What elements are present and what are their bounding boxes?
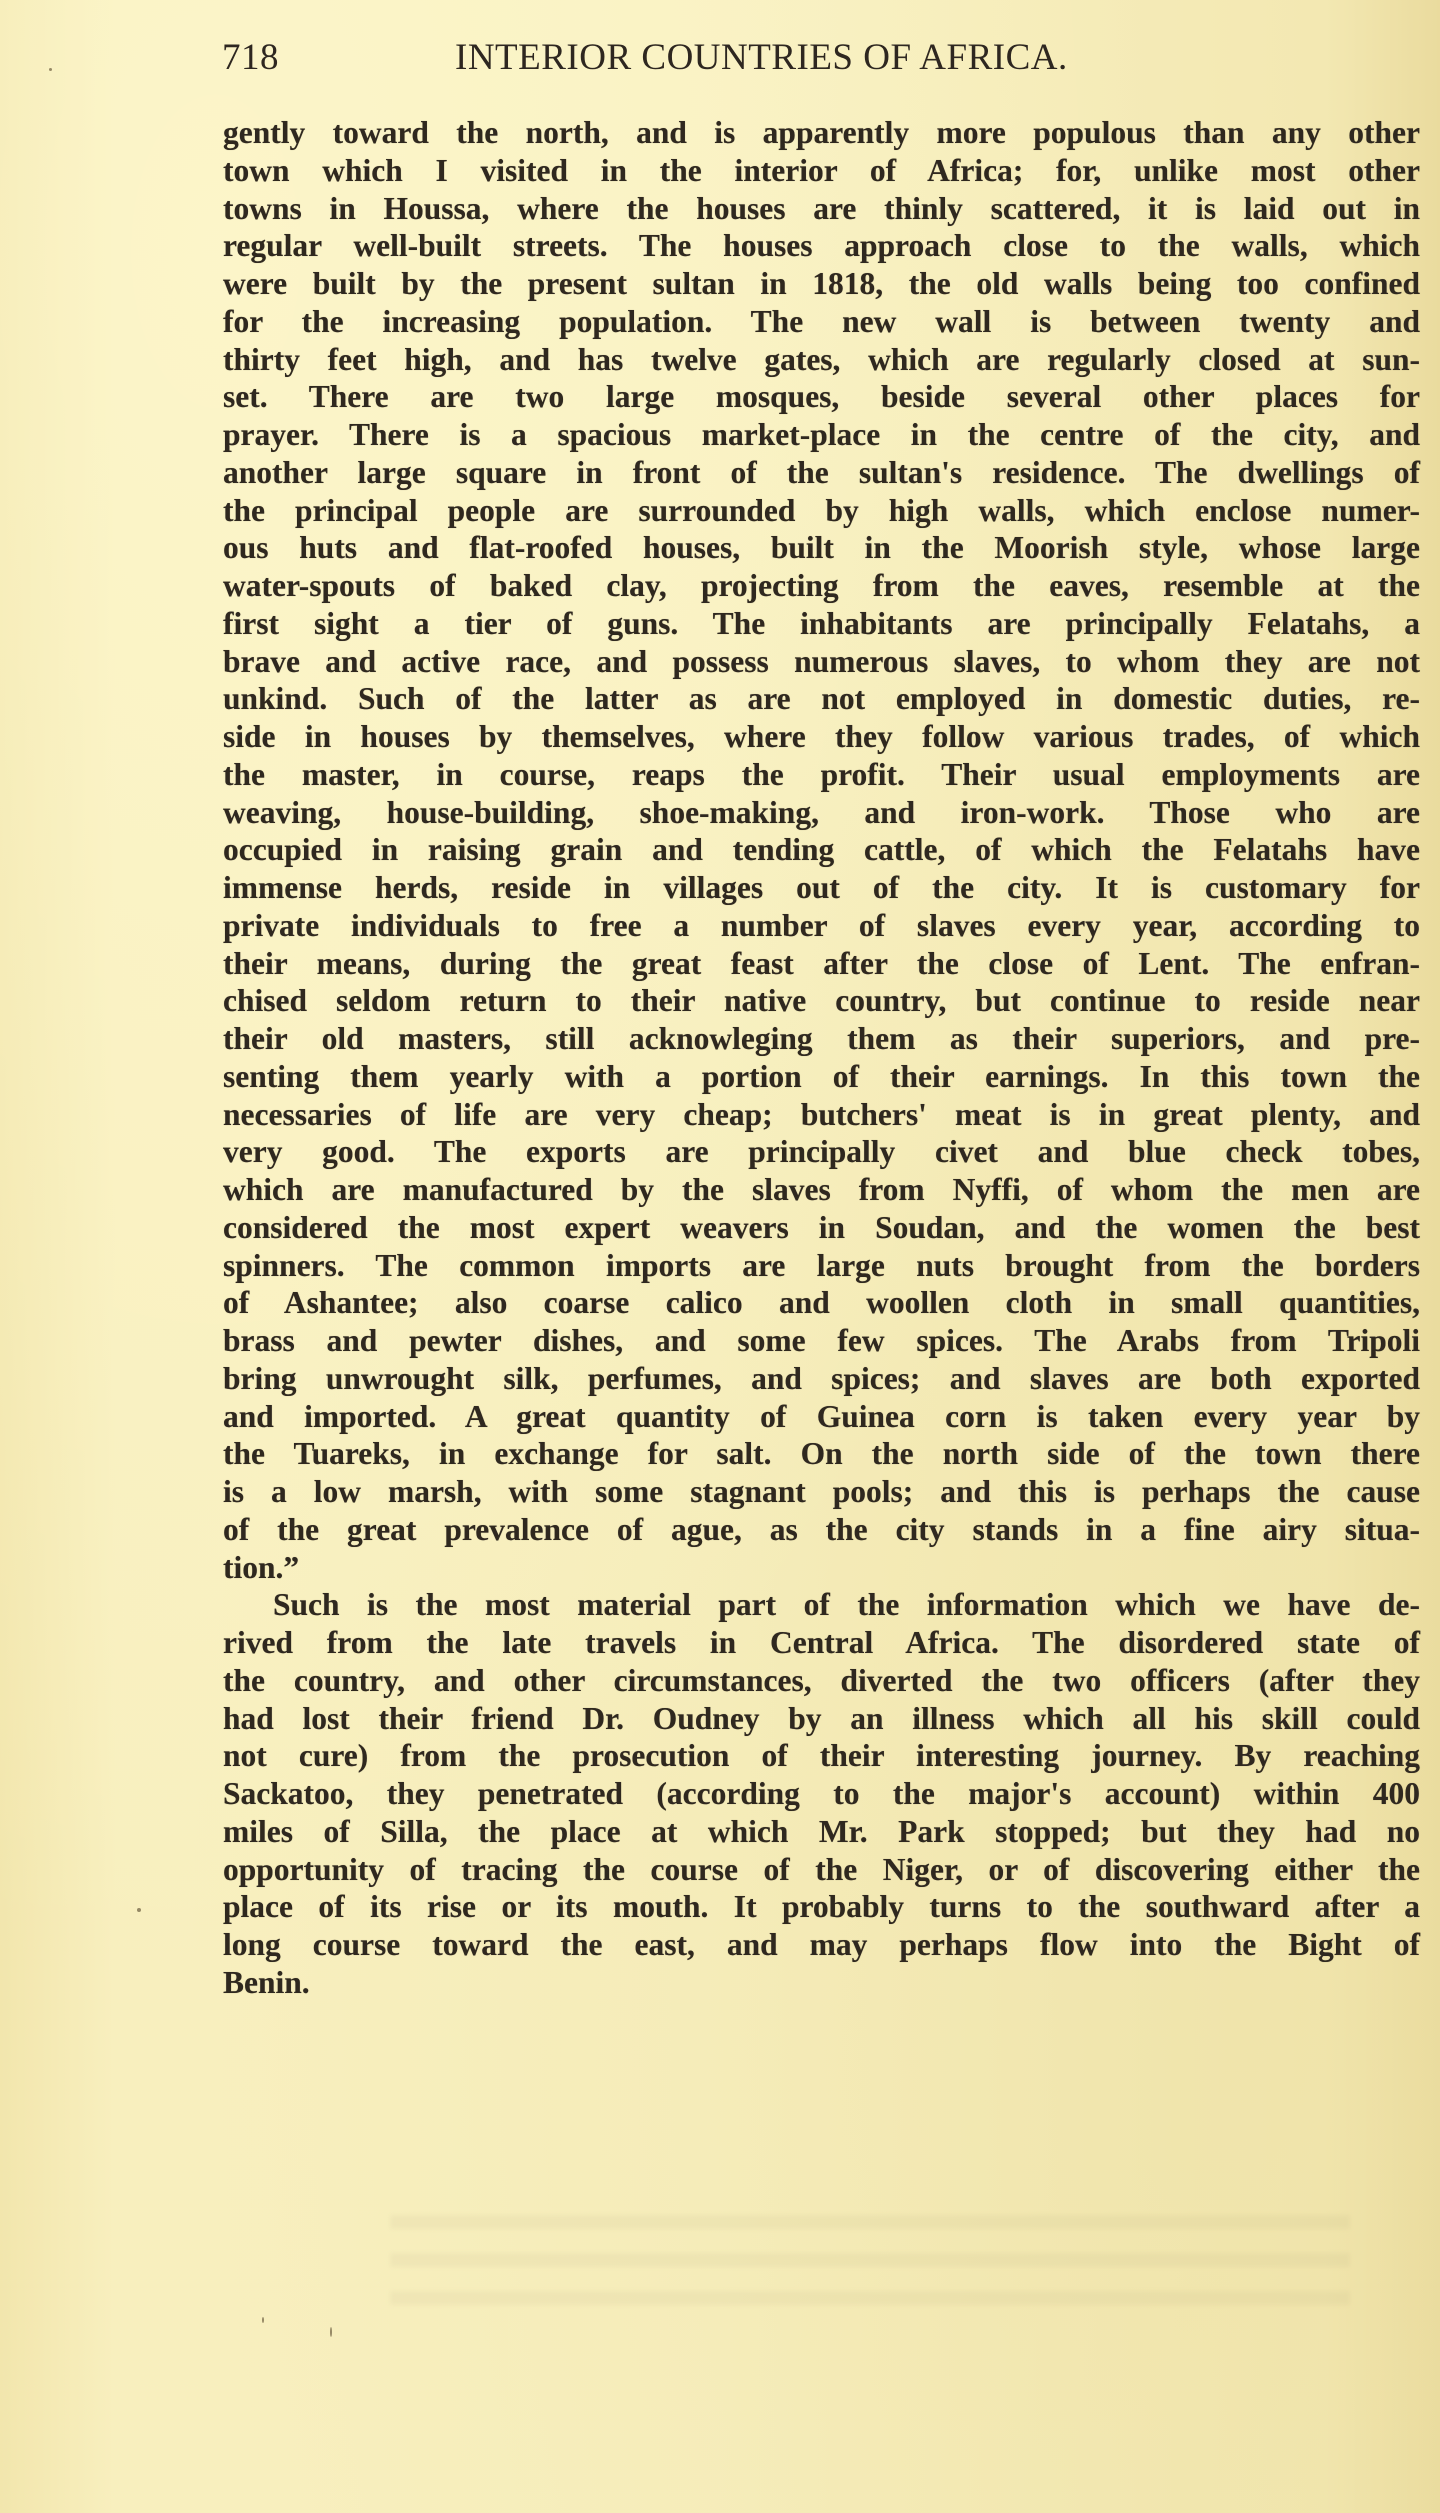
text-line: gently toward the north, and is apparent… bbox=[223, 114, 1420, 152]
text-line: occupied in raising grain and tending ca… bbox=[223, 831, 1420, 869]
text-line: opportunity of tracing the course of the… bbox=[223, 1851, 1420, 1889]
text-line: rived from the late travels in Central A… bbox=[223, 1624, 1420, 1662]
text-line: immense herds, reside in villages out of… bbox=[223, 869, 1420, 907]
text-line: senting them yearly with a portion of th… bbox=[223, 1058, 1420, 1096]
text-line: their means, during the great feast afte… bbox=[223, 945, 1420, 983]
text-line: thirty feet high, and has twelve gates, … bbox=[223, 341, 1420, 379]
text-line: had lost their friend Dr. Oudney by an i… bbox=[223, 1700, 1420, 1738]
show-through-bleed bbox=[390, 2215, 1350, 2305]
text-line: the master, in course, reaps the profit.… bbox=[223, 756, 1420, 794]
text-line: first sight a tier of guns. The inhabita… bbox=[223, 605, 1420, 643]
text-line: their old masters, still acknowleging th… bbox=[223, 1020, 1420, 1058]
text-line: unkind. Such of the latter as are not em… bbox=[223, 680, 1420, 718]
text-line: of the great prevalence of ague, as the … bbox=[223, 1511, 1420, 1549]
text-line: not cure) from the prosecution of their … bbox=[223, 1737, 1420, 1775]
text-line: private individuals to free a number of … bbox=[223, 907, 1420, 945]
text-line: were built by the present sultan in 1818… bbox=[223, 265, 1420, 303]
text-line: place of its rise or its mouth. It proba… bbox=[223, 1888, 1420, 1926]
body-text: gently toward the north, and is apparent… bbox=[223, 114, 1420, 2002]
text-line: considered the most expert weavers in So… bbox=[223, 1209, 1420, 1247]
text-line: miles of Silla, the place at which Mr. P… bbox=[223, 1813, 1420, 1851]
book-page: 718 INTERIOR COUNTRIES OF AFRICA. gently… bbox=[0, 0, 1440, 2513]
text-line: and imported. A great quantity of Guinea… bbox=[223, 1398, 1420, 1436]
text-line: water-spouts of baked clay, projecting f… bbox=[223, 567, 1420, 605]
paragraph-end-line: tion.” bbox=[223, 1549, 1420, 1587]
text-line: the principal people are surrounded by h… bbox=[223, 492, 1420, 530]
text-line: necessaries of life are very cheap; butc… bbox=[223, 1096, 1420, 1134]
text-line: which are manufactured by the slaves fro… bbox=[223, 1171, 1420, 1209]
text-line: of Ashantee; also coarse calico and wool… bbox=[223, 1284, 1420, 1322]
text-line: spinners. The common imports are large n… bbox=[223, 1247, 1420, 1285]
text-line: very good. The exports are principally c… bbox=[223, 1133, 1420, 1171]
text-line: brass and pewter dishes, and some few sp… bbox=[223, 1322, 1420, 1360]
text-line: ous huts and flat-roofed houses, built i… bbox=[223, 529, 1420, 567]
text-line: regular well-built streets. The houses a… bbox=[223, 227, 1420, 265]
text-line: long course toward the east, and may per… bbox=[223, 1926, 1420, 1964]
paragraph-end-line: Benin. bbox=[223, 1964, 1420, 2002]
text-line: the Tuareks, in exchange for salt. On th… bbox=[223, 1435, 1420, 1473]
paper-speck bbox=[262, 2317, 264, 2323]
text-line: set. There are two large mosques, beside… bbox=[223, 378, 1420, 416]
page-number: 718 bbox=[222, 36, 279, 79]
text-line: Sackatoo, they penetrated (according to … bbox=[223, 1775, 1420, 1813]
text-line: for the increasing population. The new w… bbox=[223, 303, 1420, 341]
text-line: bring unwrought silk, perfumes, and spic… bbox=[223, 1360, 1420, 1398]
paper-speck bbox=[137, 1908, 141, 1912]
text-line: the country, and other circumstances, di… bbox=[223, 1662, 1420, 1700]
text-line: chised seldom return to their native cou… bbox=[223, 982, 1420, 1020]
text-line: brave and active race, and possess numer… bbox=[223, 643, 1420, 681]
text-line: side in houses by themselves, where they… bbox=[223, 718, 1420, 756]
text-line: towns in Houssa, where the houses are th… bbox=[223, 190, 1420, 228]
text-line: another large square in front of the sul… bbox=[223, 454, 1420, 492]
text-line: town which I visited in the interior of … bbox=[223, 152, 1420, 190]
text-line: is a low marsh, with some stagnant pools… bbox=[223, 1473, 1420, 1511]
running-head: 718 INTERIOR COUNTRIES OF AFRICA. bbox=[222, 36, 1422, 86]
text-line: weaving, house-building, shoe-making, an… bbox=[223, 794, 1420, 832]
paragraph-start-line: Such is the most material part of the in… bbox=[223, 1586, 1420, 1624]
paper-speck bbox=[330, 2327, 332, 2337]
paper-speck bbox=[49, 68, 52, 71]
text-line: prayer. There is a spacious market-place… bbox=[223, 416, 1420, 454]
running-title: INTERIOR COUNTRIES OF AFRICA. bbox=[455, 36, 1068, 79]
